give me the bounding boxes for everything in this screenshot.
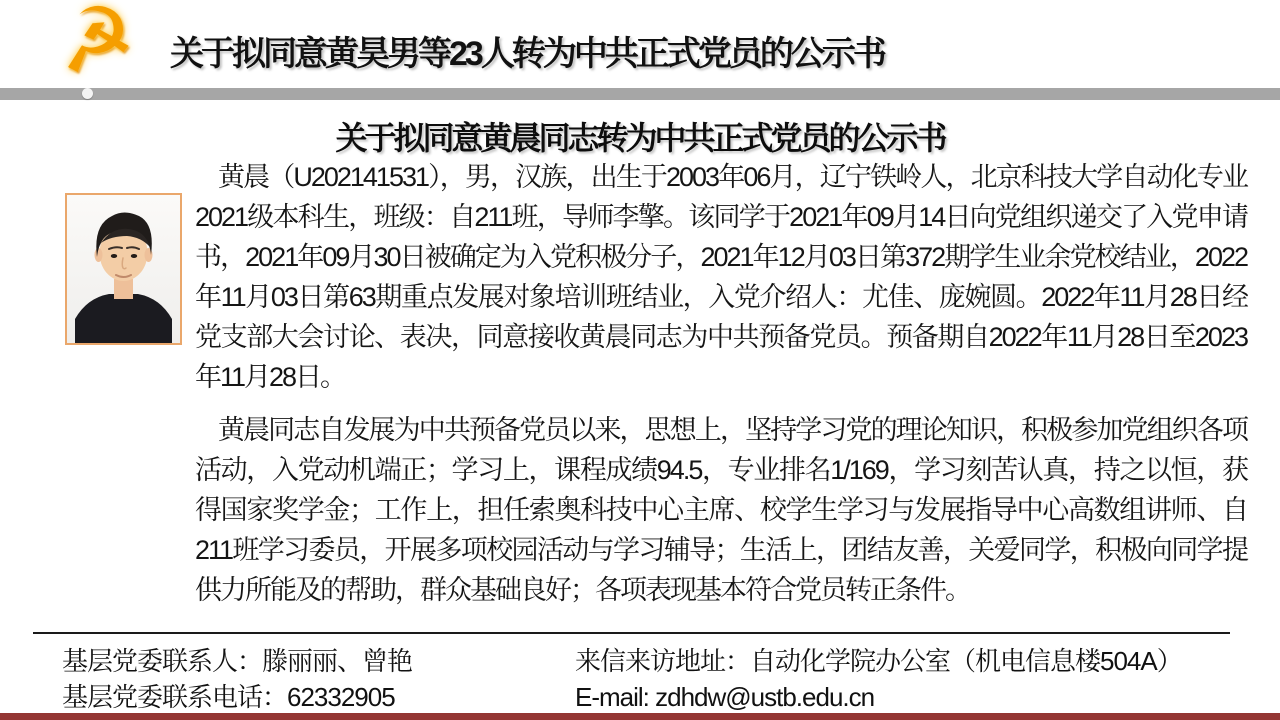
email-address: E-mail: zdhdw@ustb.edu.cn bbox=[575, 679, 1182, 715]
member-photo bbox=[65, 193, 182, 345]
header-title: 关于拟同意黄昊男等23人转为中共正式党员的公示书 bbox=[170, 36, 884, 73]
footer-divider bbox=[33, 632, 1230, 634]
portrait-illustration bbox=[67, 195, 180, 343]
header: ☭ 关于拟同意黄昊男等23人转为中共正式党员的公示书 bbox=[0, 0, 1280, 88]
divider-dot bbox=[82, 88, 93, 99]
notice-slide: ☭ 关于拟同意黄昊男等23人转为中共正式党员的公示书 关于拟同意黄晨同志转为中共… bbox=[0, 0, 1280, 720]
divider-bar bbox=[0, 88, 1280, 100]
bottom-accent-bar bbox=[0, 713, 1280, 720]
party-emblem-icon: ☭ bbox=[42, 0, 150, 94]
paragraph-performance: 黄晨同志自发展为中共预备党员以来，思想上，坚持学习党的理论知识，积极参加党组织各… bbox=[195, 410, 1247, 610]
contact-person: 基层党委联系人：滕丽丽、曾艳 bbox=[62, 643, 412, 679]
visit-address: 来信来访地址：自动化学院办公室（机电信息楼504A） bbox=[575, 643, 1182, 679]
footer-contact-block: 基层党委联系人：滕丽丽、曾艳 基层党委联系电话：62332905 bbox=[62, 643, 412, 715]
notice-body: 黄晨（U202141531），男，汉族，出生于2003年06月，辽宁铁岭人，北京… bbox=[195, 157, 1247, 610]
document-title: 关于拟同意黄晨同志转为中共正式党员的公示书 bbox=[0, 113, 1280, 159]
contact-phone: 基层党委联系电话：62332905 bbox=[62, 679, 412, 715]
footer-address-block: 来信来访地址：自动化学院办公室（机电信息楼504A） E-mail: zdhdw… bbox=[575, 643, 1182, 715]
paragraph-bio: 黄晨（U202141531），男，汉族，出生于2003年06月，辽宁铁岭人，北京… bbox=[195, 157, 1247, 397]
